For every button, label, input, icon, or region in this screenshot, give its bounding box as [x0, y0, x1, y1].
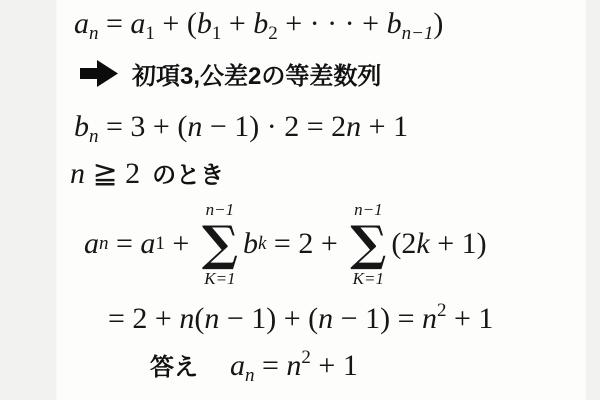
sigma-symbol: ∑ — [350, 219, 386, 269]
formula-simplified: = 2 + n(n − 1) + (n − 1) = n2 + 1 — [108, 301, 493, 337]
math-token: = — [99, 7, 131, 40]
sigma-symbol: ∑ — [202, 219, 238, 269]
math-sup: 2 — [437, 300, 447, 321]
right-arrow-icon — [80, 57, 118, 90]
math-token: n — [70, 157, 85, 190]
math-token: + 1) — [430, 226, 487, 262]
math-token: ( — [194, 302, 204, 335]
math-token: b — [387, 7, 402, 40]
math-token: − 1) · 2 = 2 — [202, 110, 346, 143]
answer-formula: an = n2 + 1 — [230, 348, 358, 384]
note-arithmetic-sequence: 初項3,公差2の等差数列 — [80, 56, 381, 91]
math-token: a — [74, 7, 89, 40]
math-sub: 1 — [145, 23, 155, 44]
condition-math: n ≧ 2 — [70, 156, 140, 192]
math-token: = 2 + — [108, 302, 179, 335]
math-token: = 3 + ( — [99, 110, 188, 143]
sum-lower-limit: K=1 — [204, 269, 235, 288]
math-token: a — [84, 226, 99, 262]
math-token: + — [221, 7, 253, 40]
math-token: + — [165, 226, 197, 262]
math-token: n — [204, 302, 219, 335]
math-sub: n — [89, 23, 99, 44]
math-token: n — [422, 302, 437, 335]
math-token: b — [74, 110, 89, 143]
condition-n-geq-2: n ≧ 2 のとき — [70, 155, 224, 192]
math-token: b — [197, 7, 212, 40]
math-token: + 1 — [361, 110, 408, 143]
math-token: ≧ 2 — [85, 157, 140, 190]
math-token: + ( — [155, 7, 197, 40]
formula-an-recurrence: an = a1 + (b1 + b2 + · · · + bn−1) — [74, 6, 443, 42]
math-token: = 2 + — [266, 226, 345, 262]
math-sub: 1 — [212, 23, 222, 44]
math-token: − 1) = — [333, 302, 422, 335]
math-sub: n — [89, 126, 99, 147]
math-sub: 2 — [268, 23, 278, 44]
math-sub: n — [245, 365, 255, 386]
math-token: n — [346, 110, 361, 143]
math-token: + 1 — [311, 349, 358, 382]
math-token: a — [130, 7, 145, 40]
math-token: + · · · + — [278, 7, 387, 40]
note-label: 初項3,公差2の等差数列 — [132, 56, 381, 91]
answer-line: 答え an = n2 + 1 — [150, 347, 358, 384]
condition-label: のとき — [152, 155, 224, 190]
math-token: = — [255, 349, 287, 382]
formula-bn: bn = 3 + (n − 1) · 2 = 2n + 1 — [74, 109, 408, 145]
formula-sum-expansion: an = a1 + n−1 ∑ K=1 bk = 2 + n−1 ∑ K=1 (… — [84, 200, 487, 288]
math-token: k — [416, 226, 429, 262]
math-token: a — [230, 349, 245, 382]
math-token: n — [179, 302, 194, 335]
math-sup: 2 — [301, 347, 311, 368]
answer-label: 答え — [150, 347, 198, 382]
math-token: = — [109, 226, 141, 262]
math-token: b — [253, 7, 268, 40]
math-token: n — [187, 110, 202, 143]
math-token: ) — [433, 7, 443, 40]
math-sub: n−1 — [402, 23, 434, 44]
summation-1: n−1 ∑ K=1 — [202, 200, 238, 288]
math-token: a — [140, 226, 155, 262]
math-token: + 1 — [447, 302, 494, 335]
math-token: b — [243, 226, 258, 262]
summation-2: n−1 ∑ K=1 — [350, 200, 386, 288]
sum-lower-limit: K=1 — [353, 269, 384, 288]
math-token: − 1) + ( — [219, 302, 318, 335]
math-token: n — [286, 349, 301, 382]
math-token: (2 — [391, 226, 416, 262]
math-solution-page: an = a1 + (b1 + b2 + · · · + bn−1) 初項3,公… — [0, 0, 600, 400]
math-token: n — [318, 302, 333, 335]
